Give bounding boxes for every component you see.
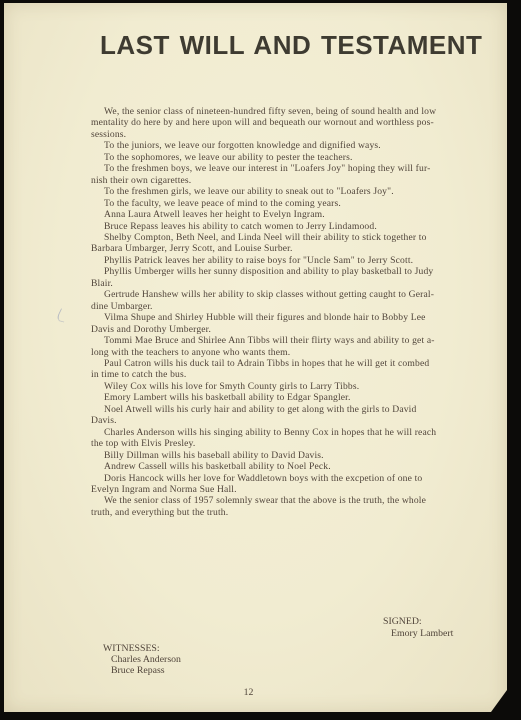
paragraph: Doris Hancock wills her love for Waddlet… [91,473,489,496]
body-line: truth, and everything but the truth. [91,507,489,518]
stray-pen-mark [55,308,70,322]
body-line: in time to catch the bus. [91,369,489,380]
body-line: Bruce Repass leaves his ability to catch… [91,221,489,232]
body-line: Evelyn Ingram and Norma Sue Hall. [91,484,489,495]
paragraph: Anna Laura Atwell leaves her height to E… [91,209,489,220]
body-line: We, the senior class of nineteen-hundred… [91,106,489,117]
paragraph: To the juniors, we leave our forgotten k… [91,140,489,151]
paragraph: To the freshmen boys, we leave our inter… [91,163,489,186]
body-line: Shelby Compton, Beth Neel, and Linda Nee… [91,232,489,243]
page-number: 12 [4,687,493,698]
signed-label: SIGNED: [383,616,453,628]
body-line: Phyllis Patrick leaves her ability to ra… [91,255,489,266]
paragraph: Tommi Mae Bruce and Shirlee Ann Tibbs wi… [91,335,489,358]
witness-name: Bruce Repass [103,665,181,676]
paragraph: Vilma Shupe and Shirley Hubble will thei… [91,312,489,335]
body-line: long with the teachers to anyone who wan… [91,347,489,358]
body-line: Paul Catron wills his duck tail to Adrai… [91,358,489,369]
signed-block: SIGNED: Emory Lambert [383,616,453,639]
body-line: Phyllis Umberger wills her sunny disposi… [91,266,489,277]
body-line: dine Umbarger. [91,301,489,312]
page-title: LAST WILL AND TESTAMENT [100,30,482,61]
paragraph: To the sophomores, we leave our ability … [91,152,489,163]
body-line: the top with Elvis Presley. [91,438,489,449]
body-line: mentality do here by and here upon will … [91,117,489,128]
paragraph: Phyllis Umberger wills her sunny disposi… [91,266,489,289]
paragraph: Wiley Cox wills his love for Smyth Count… [91,381,489,392]
paragraph: Shelby Compton, Beth Neel, and Linda Nee… [91,232,489,255]
paragraph: To the freshmen girls, we leave our abil… [91,186,489,197]
signed-name: Emory Lambert [383,628,453,640]
body-line: Billy Dillman wills his baseball ability… [91,450,489,461]
paragraph: To the faculty, we leave peace of mind t… [91,198,489,209]
paragraph: Billy Dillman wills his baseball ability… [91,450,489,461]
body-line: Davis. [91,415,489,426]
body-line: Gertrude Hanshew wills her ability to sk… [91,289,489,300]
scan-background: LAST WILL AND TESTAMENT We, the senior c… [0,0,521,720]
witness-name: Charles Anderson [103,654,181,665]
paragraph: Emory Lambert wills his basketball abili… [91,392,489,403]
body-line: To the freshmen boys, we leave our inter… [91,163,489,174]
body-line: Anna Laura Atwell leaves her height to E… [91,209,489,220]
body-line: Andrew Cassell wills his basketball abil… [91,461,489,472]
paragraph: We, the senior class of nineteen-hundred… [91,106,489,140]
body-line: Davis and Dorothy Umberger. [91,324,489,335]
body-line: We the senior class of 1957 solemnly swe… [91,495,489,506]
paragraph: Phyllis Patrick leaves her ability to ra… [91,255,489,266]
body-line: To the sophomores, we leave our ability … [91,152,489,163]
body-line: To the freshmen girls, we leave our abil… [91,186,489,197]
body-line: Charles Anderson wills his singing abili… [91,427,489,438]
body-line: Vilma Shupe and Shirley Hubble will thei… [91,312,489,323]
witnesses-label: WITNESSES: [103,643,181,654]
paragraph: Andrew Cassell wills his basketball abil… [91,461,489,472]
paragraph: Noel Atwell wills his curly hair and abi… [91,404,489,427]
paragraph: Gertrude Hanshew wills her ability to sk… [91,289,489,312]
body-line: Emory Lambert wills his basketball abili… [91,392,489,403]
body-line: Noel Atwell wills his curly hair and abi… [91,404,489,415]
body-line: Tommi Mae Bruce and Shirlee Ann Tibbs wi… [91,335,489,346]
paragraph: Charles Anderson wills his singing abili… [91,427,489,450]
body-line: Blair. [91,278,489,289]
body-line: To the faculty, we leave peace of mind t… [91,198,489,209]
will-text: We, the senior class of nineteen-hundred… [91,106,489,518]
paragraph: Bruce Repass leaves his ability to catch… [91,221,489,232]
body-line: Doris Hancock wills her love for Waddlet… [91,473,489,484]
witnesses-block: WITNESSES: Charles Anderson Bruce Repass [103,643,181,676]
body-line: nish their own cigarettes. [91,175,489,186]
body-line: Barbara Umbarger, Jerry Scott, and Louis… [91,243,489,254]
body-line: To the juniors, we leave our forgotten k… [91,140,489,151]
body-line: Wiley Cox wills his love for Smyth Count… [91,381,489,392]
paragraph: We the senior class of 1957 solemnly swe… [91,495,489,518]
body-line: sessions. [91,129,489,140]
yearbook-page: LAST WILL AND TESTAMENT We, the senior c… [4,3,507,712]
paragraph: Paul Catron wills his duck tail to Adrai… [91,358,489,381]
